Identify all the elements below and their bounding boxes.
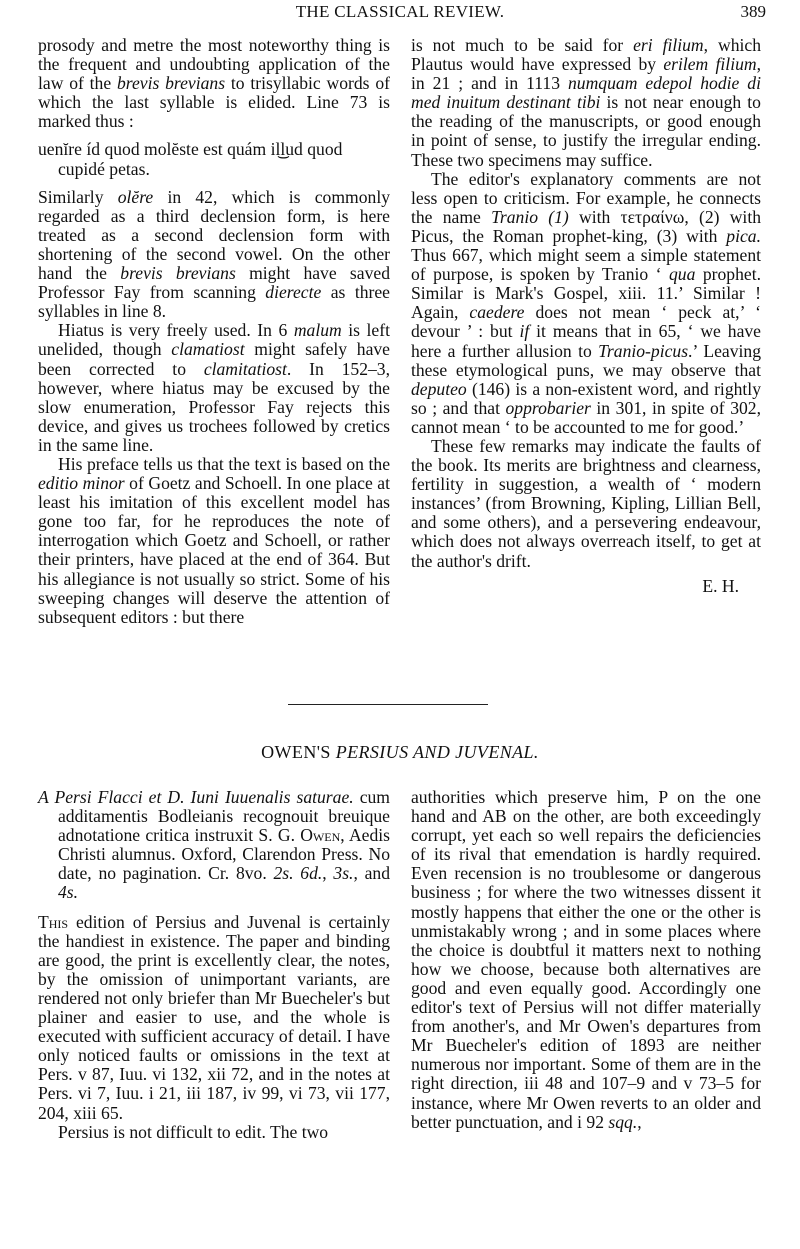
text-run: Similarly olĕre in 42, which is commonly… (38, 187, 390, 322)
section-divider (288, 704, 488, 705)
italic-term: sqq. (608, 1112, 637, 1132)
section-title-plain: OWEN'S (261, 742, 336, 762)
italic-term: clamatiost (171, 339, 244, 359)
verse-quotation: uenĭre íd quod molĕste est quám il͜lud q… (38, 140, 390, 178)
text-run: authorities which preserve him, P on the… (411, 787, 761, 1132)
text-run: Hiatus is very freely used. In 6 malum i… (38, 320, 390, 455)
separator: , (322, 863, 333, 883)
paragraph: Hiatus is very freely used. In 6 malum i… (38, 321, 390, 455)
lead-in: This (38, 912, 68, 932)
work-title: A Persi Flacci et D. Iuni Iuuenalis satu… (38, 787, 354, 807)
italic-term: Tranio (1) (491, 207, 569, 227)
paragraph: His preface tells us that the text is ba… (38, 455, 390, 627)
paragraph: The editor's explanatory comments are no… (411, 170, 761, 437)
text-run: The editor's explanatory comments are no… (411, 169, 761, 437)
paragraph: authorities which preserve him, P on the… (411, 788, 761, 1132)
paragraph: These few remarks may indicate the fault… (411, 437, 761, 571)
italic-term: pica. (726, 226, 761, 246)
verse-line: uenĭre íd quod molĕste est quám il͜lud q… (38, 139, 342, 159)
italic-term: olĕre (118, 187, 154, 207)
text-run: These few remarks may indicate the fault… (411, 436, 761, 571)
text-run: prosody and metre the most noteworthy th… (38, 35, 390, 131)
bibliographic-entry: A Persi Flacci et D. Iuni Iuuenalis satu… (38, 788, 390, 903)
italic-term: caedere (469, 302, 524, 322)
verse-line: cupidé petas. (58, 159, 150, 179)
text-run: , (637, 1112, 641, 1132)
author-signature: E. H. (411, 577, 761, 596)
italic-term: brevis brevians (120, 263, 236, 283)
paragraph: Persius is not difficult to edit. The tw… (38, 1123, 390, 1142)
italic-term: qua (669, 264, 695, 284)
paragraph: Similarly olĕre in 42, which is commonly… (38, 188, 390, 322)
price: 4s. (58, 882, 78, 902)
paragraph: This edition of Persius and Juvenal is c… (38, 913, 390, 1123)
review2-right-column: authorities which preserve him, P on the… (411, 788, 761, 1132)
italic-term: eri filium (633, 35, 704, 55)
text-run: His preface tells us that the text is ba… (38, 454, 390, 627)
italic-term: deputeo (411, 379, 467, 399)
editor-name: Owen (300, 825, 340, 845)
paragraph: is not much to be said for eri filium, w… (411, 36, 761, 170)
section-title-italic: PERSIUS AND JUVENAL. (336, 742, 539, 762)
italic-term: editio minor (38, 473, 125, 493)
running-title: THE CLASSICAL REVIEW. (0, 2, 800, 22)
page-number: 389 (741, 2, 767, 22)
text-run: edition of Persius and Juvenal is certai… (38, 912, 390, 1123)
review1-right-column: is not much to be said for eri filium, w… (411, 36, 761, 596)
separator: , and (353, 863, 390, 883)
price: 3s. (333, 863, 353, 883)
review1-left-column: prosody and metre the most noteworthy th… (38, 36, 390, 627)
price: 2s. 6d. (273, 863, 322, 883)
section-title: OWEN'S PERSIUS AND JUVENAL. (0, 742, 800, 763)
review2-left-column: A Persi Flacci et D. Iuni Iuuenalis satu… (38, 788, 390, 1142)
italic-term: Tranio-picus (598, 341, 688, 361)
italic-term: numquam edepol hodie di med inuitum dest… (411, 73, 761, 112)
italic-term: dierecte (265, 282, 321, 302)
italic-term: if (513, 321, 537, 341)
text-run: is not much to be said for eri filium, w… (411, 35, 761, 170)
italic-term: brevis brevians (117, 73, 225, 93)
italic-term: malum (294, 320, 342, 340)
italic-term: clamitatiost (204, 359, 287, 379)
italic-term: erilem filium (663, 54, 756, 74)
page-header: THE CLASSICAL REVIEW. 389 (0, 0, 800, 22)
italic-term: opprobarier (506, 398, 591, 418)
paragraph: prosody and metre the most noteworthy th… (38, 36, 390, 131)
